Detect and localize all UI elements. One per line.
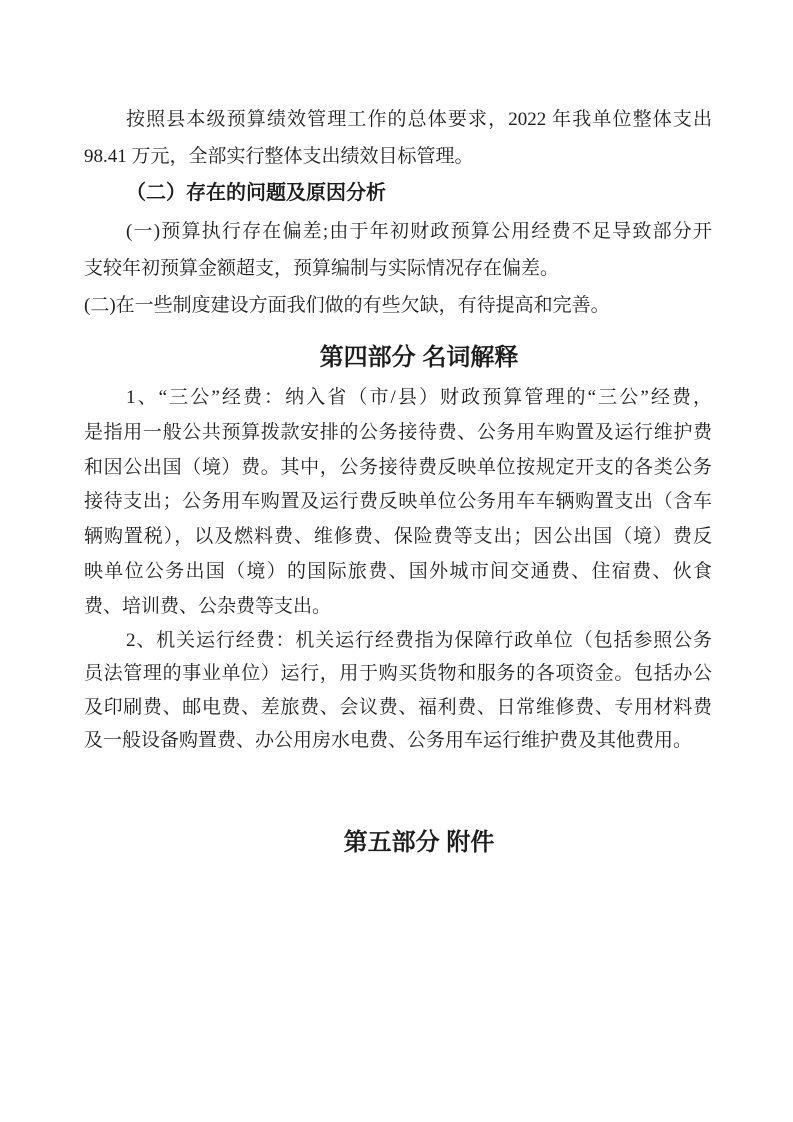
term2-line-2: 员法管理的事业单位）运行，用于购买货物和服务的各项资金。包括办公 (84, 657, 712, 690)
document-page: 按照县本级预算绩效管理工作的总体要求，2022 年我单位整体支出 98.41 万… (0, 0, 793, 1122)
term2-line-4: 及一般设备购置费、办公用房水电费、公务用车运行维护费及其他费用。 (84, 724, 712, 757)
term1-line-2: 是指用一般公共预算拨款安排的公务接待费、公务用车购置及运行维护费 (84, 416, 712, 451)
problems-line-1: (一)预算执行存在偏差;由于年初财政预算公用经费不足导致部分开 (84, 213, 712, 250)
term1-line-5: 辆购置税），以及燃料费、维修费、保险费等支出；因公出国（境）费反 (84, 520, 712, 555)
term2-paragraph: 2、机关运行经费：机关运行经费指为保障行政单位（包括参照公务 员法管理的事业单位… (84, 624, 712, 758)
term2-line-3: 及印刷费、邮电费、差旅费、会议费、福利费、日常维修费、专用材料费 (84, 691, 712, 724)
term1-paragraph: 1、“三公”经费：纳入省（市/县）财政预算管理的“三公”经费， 是指用一般公共预… (84, 381, 712, 625)
problems-line-3: (二)在一些制度建设方面我们做的有些欠缺，有待提高和完善。 (84, 287, 712, 324)
term1-line-6: 映单位公务出国（境）的国际旅费、国外城市间交通费、住宿费、伙食 (84, 555, 712, 590)
term1-line-3: 和因公出国（境）费。其中，公务接待费反映单位按规定开支的各类公务 (84, 451, 712, 486)
part4-heading: 第四部分 名词解释 (84, 342, 712, 374)
intro-line-2: 98.41 万元，全部实行整体支出绩效目标管理。 (84, 138, 712, 175)
intro-and-problems-section: 按照县本级预算绩效管理工作的总体要求，2022 年我单位整体支出 98.41 万… (84, 101, 712, 324)
term1-line-7: 费、培训费、公杂费等支出。 (84, 590, 712, 625)
part5-heading: 第五部分 附件 (84, 827, 712, 859)
term2-line-1: 2、机关运行经费：机关运行经费指为保障行政单位（包括参照公务 (84, 624, 712, 657)
problems-line-2: 支较年初预算金额超支，预算编制与实际情况存在偏差。 (84, 250, 712, 287)
term1-line-1: 1、“三公”经费：纳入省（市/县）财政预算管理的“三公”经费， (84, 381, 712, 416)
intro-line-1: 按照县本级预算绩效管理工作的总体要求，2022 年我单位整体支出 (84, 101, 712, 138)
term1-line-4: 接待支出；公务用车购置及运行费反映单位公务用车车辆购置支出（含车 (84, 485, 712, 520)
problems-subheading: （二）存在的问题及原因分析 (84, 175, 712, 212)
